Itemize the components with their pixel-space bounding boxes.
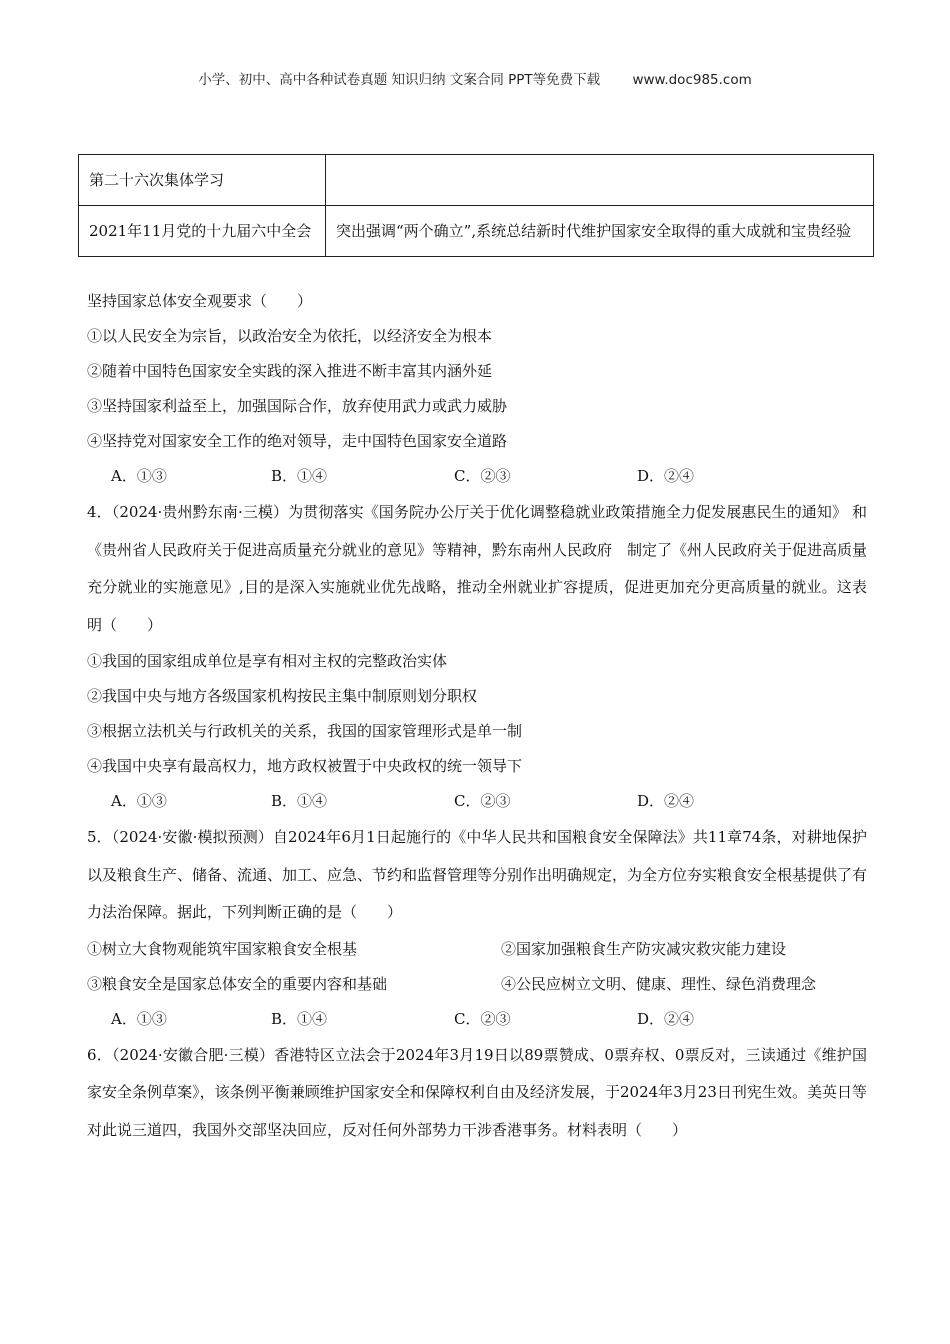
question-stem: 5．（2024·安徽·模拟预测）自2024年6月1日起施行的《中华人民共和国粮食…	[87, 819, 867, 932]
question-3: 坚持国家总体安全观要求（ ） ①以人民安全为宗旨，以政治安全为依托，以经济安全为…	[87, 284, 867, 494]
option-c[interactable]: C．②③	[454, 459, 637, 494]
statement-item: ④我国中央享有最高权力，地方政权被置于中央政权的统一领导下	[87, 749, 867, 784]
table-cell: 第二十六次集体学习	[79, 155, 326, 206]
question-5: 5．（2024·安徽·模拟预测）自2024年6月1日起施行的《中华人民共和国粮食…	[87, 819, 867, 1037]
question-stem: 坚持国家总体安全观要求（ ）	[87, 284, 867, 319]
question-6: 6．（2024·安徽合肥·三模）香港特区立法会于2024年3月19日以89票赞成…	[87, 1037, 867, 1150]
table-row: 2021年11月党的十九届六中全会 突出强调“两个确立”,系统总结新时代维护国家…	[79, 206, 874, 257]
info-table: 第二十六次集体学习 2021年11月党的十九届六中全会 突出强调“两个确立”,系…	[78, 154, 874, 257]
answer-options: A．①③ B．①④ C．②③ D．②④	[87, 459, 867, 494]
statement-item: ③坚持国家利益至上，加强国际合作，放弃使用武力或武力威胁	[87, 389, 867, 424]
table-cell	[326, 155, 874, 206]
question-content: 坚持国家总体安全观要求（ ） ①以人民安全为宗旨，以政治安全为依托，以经济安全为…	[87, 284, 867, 1149]
statement-item: ④坚持党对国家安全工作的绝对领导，走中国特色国家安全道路	[87, 424, 867, 459]
question-stem: 4．（2024·贵州黔东南·三模）为贯彻落实《国务院办公厅关于优化调整稳就业政策…	[87, 494, 867, 644]
statement-item: ②随着中国特色国家安全实践的深入推进不断丰富其内涵外延	[87, 354, 867, 389]
statement-item: ①我国的国家组成单位是享有相对主权的完整政治实体	[87, 644, 867, 679]
statement-item: ②国家加强粮食生产防灾减灾救灾能力建设	[501, 932, 786, 967]
option-c[interactable]: C．②③	[454, 784, 637, 819]
statement-row: ①树立大食物观能筑牢国家粮食安全根基 ②国家加强粮食生产防灾减灾救灾能力建设	[87, 932, 867, 967]
table-row: 第二十六次集体学习	[79, 155, 874, 206]
option-b[interactable]: B．①④	[271, 784, 454, 819]
option-a[interactable]: A．①③	[111, 1002, 271, 1037]
option-d[interactable]: D．②④	[637, 784, 694, 819]
table-cell: 2021年11月党的十九届六中全会	[79, 206, 326, 257]
header-site-link[interactable]: www.doc985.com	[632, 72, 751, 88]
statement-item: ④公民应树立文明、健康、理性、绿色消费理念	[501, 967, 816, 1002]
option-c[interactable]: C．②③	[454, 1002, 637, 1037]
option-d[interactable]: D．②④	[637, 459, 694, 494]
statement-row: ③粮食安全是国家总体安全的重要内容和基础 ④公民应树立文明、健康、理性、绿色消费…	[87, 967, 867, 1002]
statement-item: ③根据立法机关与行政机关的关系，我国的国家管理形式是单一制	[87, 714, 867, 749]
option-b[interactable]: B．①④	[271, 459, 454, 494]
option-a[interactable]: A．①③	[111, 784, 271, 819]
option-a[interactable]: A．①③	[111, 459, 271, 494]
table-cell: 突出强调“两个确立”,系统总结新时代维护国家安全取得的重大成就和宝贵经验	[326, 206, 874, 257]
statement-item: ③粮食安全是国家总体安全的重要内容和基础	[87, 967, 501, 1002]
answer-options: A．①③ B．①④ C．②③ D．②④	[87, 784, 867, 819]
statement-item: ①以人民安全为宗旨，以政治安全为依托，以经济安全为根本	[87, 319, 867, 354]
statement-item: ②我国中央与地方各级国家机构按民主集中制原则划分职权	[87, 679, 867, 714]
option-d[interactable]: D．②④	[637, 1002, 694, 1037]
header-text: 小学、初中、高中各种试卷真题 知识归纳 文案合同 PPT等免费下载	[198, 72, 600, 88]
page-header: 小学、初中、高中各种试卷真题 知识归纳 文案合同 PPT等免费下载 www.do…	[0, 68, 950, 88]
question-4: 4．（2024·贵州黔东南·三模）为贯彻落实《国务院办公厅关于优化调整稳就业政策…	[87, 494, 867, 819]
statement-item: ①树立大食物观能筑牢国家粮食安全根基	[87, 932, 501, 967]
question-stem: 6．（2024·安徽合肥·三模）香港特区立法会于2024年3月19日以89票赞成…	[87, 1037, 867, 1150]
option-b[interactable]: B．①④	[271, 1002, 454, 1037]
answer-options: A．①③ B．①④ C．②③ D．②④	[87, 1002, 867, 1037]
